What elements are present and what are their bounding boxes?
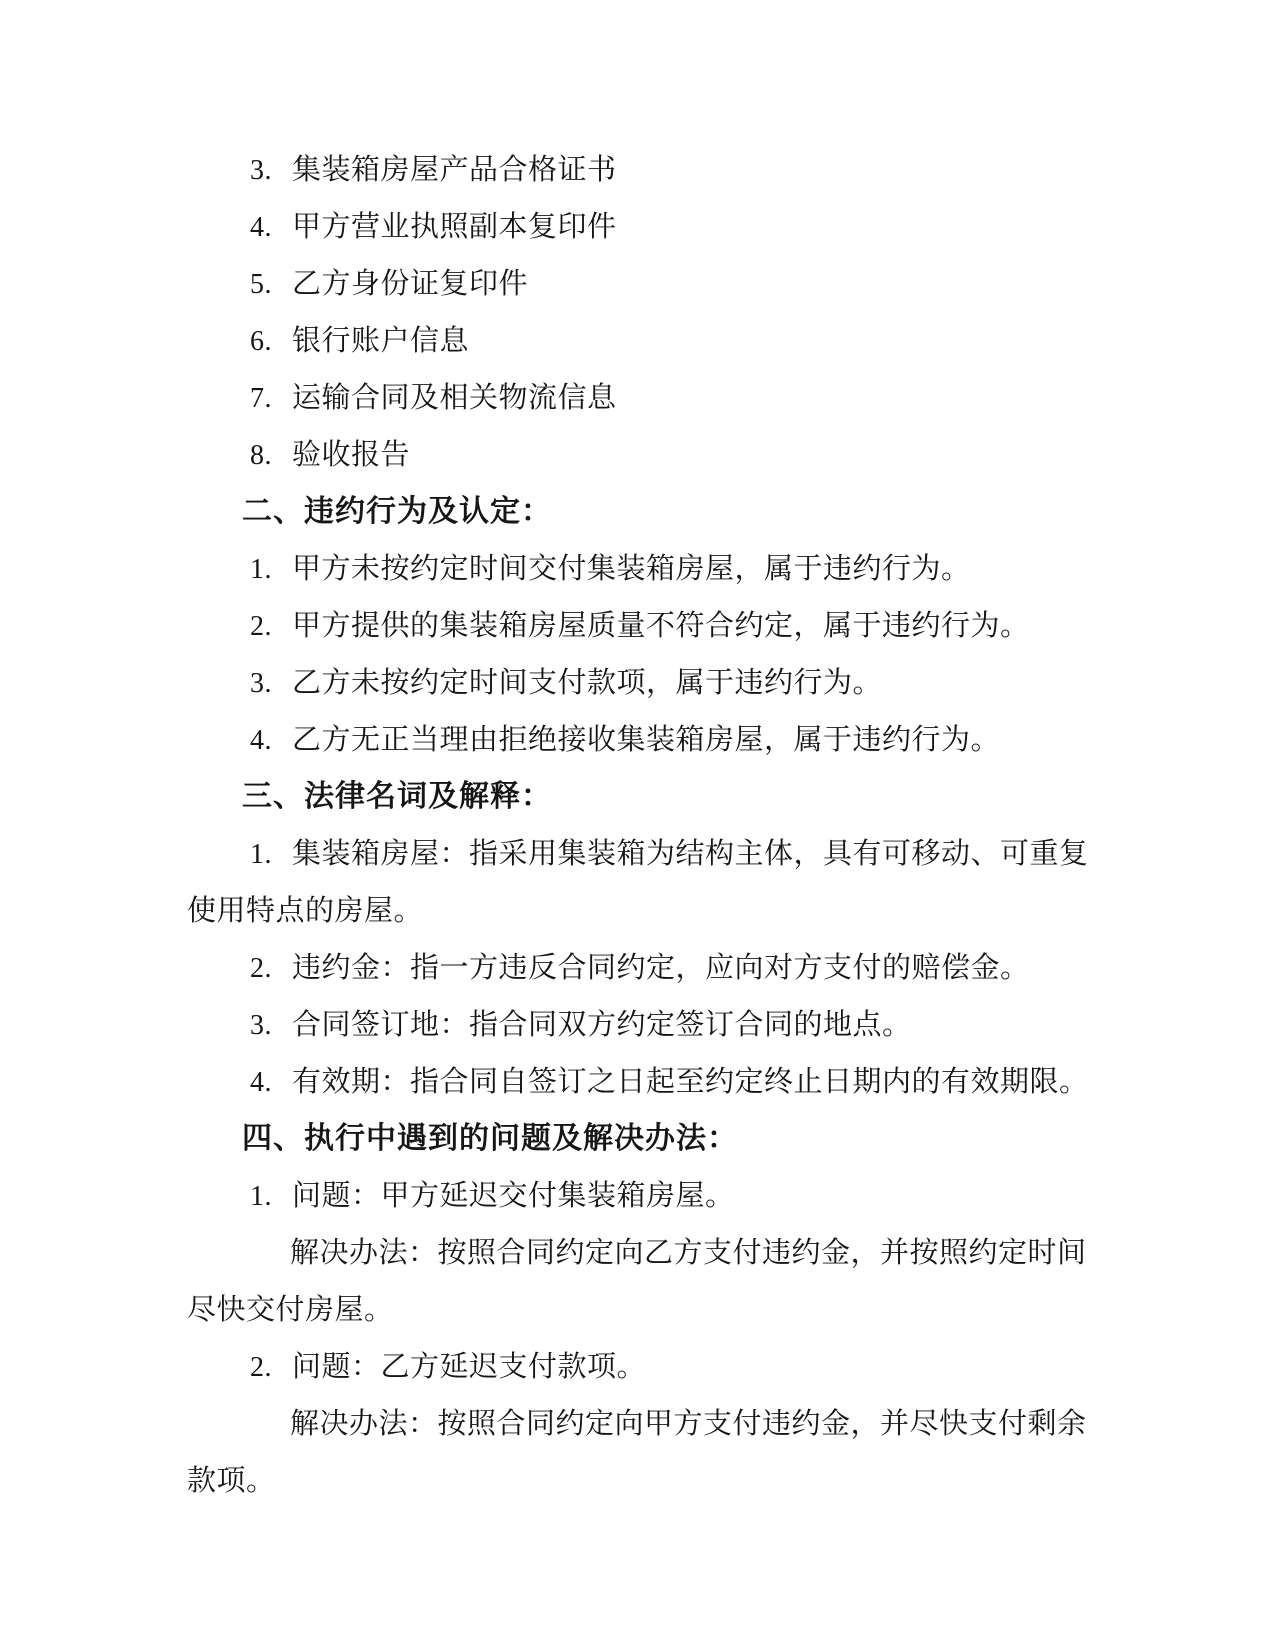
list-item-line: 2.问题：乙方延迟支付款项。 bbox=[187, 1349, 1117, 1406]
continuation-line: 使用特点的房屋。 bbox=[187, 893, 1117, 950]
line-text: 尽快交付房屋。 bbox=[187, 1294, 394, 1326]
list-item-number: 4. bbox=[250, 723, 292, 759]
list-item-line: 2.甲方提供的集装箱房屋质量不符合约定，属于违约行为。 bbox=[187, 608, 1117, 665]
line-text: 二、违约行为及认定： bbox=[242, 495, 552, 528]
list-item-number: 2. bbox=[250, 1350, 292, 1386]
line-text: 乙方未按约定时间支付款项，属于违约行为。 bbox=[292, 667, 882, 699]
list-item-number: 1. bbox=[250, 552, 292, 588]
list-item-number: 2. bbox=[250, 951, 292, 987]
list-item-number: 3. bbox=[250, 1008, 292, 1044]
line-text: 集装箱房屋：指采用集装箱为结构主体，具有可移动、可重复 bbox=[292, 838, 1089, 870]
line-text: 有效期：指合同自签订之日起至约定终止日期内的有效期限。 bbox=[292, 1066, 1089, 1098]
line-text: 使用特点的房屋。 bbox=[187, 895, 423, 927]
list-item-line: 4.甲方营业执照副本复印件 bbox=[187, 209, 1117, 266]
line-text: 款项。 bbox=[187, 1465, 276, 1497]
list-item-number: 1. bbox=[250, 837, 292, 873]
line-text: 解决办法：按照合同约定向乙方支付违约金，并按照约定时间 bbox=[290, 1237, 1087, 1269]
section-heading: 四、执行中遇到的问题及解决办法： bbox=[187, 1121, 1117, 1178]
line-text: 甲方营业执照副本复印件 bbox=[292, 211, 617, 243]
line-text: 四、执行中遇到的问题及解决办法： bbox=[242, 1122, 738, 1155]
section-heading: 三、法律名词及解释： bbox=[187, 779, 1117, 836]
list-item-line: 1.问题：甲方延迟交付集装箱房屋。 bbox=[187, 1178, 1117, 1235]
line-text: 三、法律名词及解释： bbox=[242, 780, 552, 813]
list-item-line: 4.有效期：指合同自签订之日起至约定终止日期内的有效期限。 bbox=[187, 1064, 1117, 1121]
list-item-number: 4. bbox=[250, 210, 292, 246]
list-item-number: 8. bbox=[250, 438, 292, 474]
list-item-line: 1.甲方未按约定时间交付集装箱房屋，属于违约行为。 bbox=[187, 551, 1117, 608]
line-text: 合同签订地：指合同双方约定签订合同的地点。 bbox=[292, 1009, 912, 1041]
line-text: 运输合同及相关物流信息 bbox=[292, 382, 617, 414]
list-item-number: 5. bbox=[250, 267, 292, 303]
list-item-line: 1.集装箱房屋：指采用集装箱为结构主体，具有可移动、可重复 bbox=[187, 836, 1117, 893]
line-text: 甲方提供的集装箱房屋质量不符合约定，属于违约行为。 bbox=[292, 610, 1030, 642]
list-item-line: 6.银行账户信息 bbox=[187, 323, 1117, 380]
list-item-number: 3. bbox=[250, 153, 292, 189]
list-item-number: 4. bbox=[250, 1065, 292, 1101]
solution-paragraph-line: 解决办法：按照合同约定向甲方支付违约金，并尽快支付剩余 bbox=[187, 1406, 1117, 1463]
list-item-line: 5.乙方身份证复印件 bbox=[187, 266, 1117, 323]
section-heading: 二、违约行为及认定： bbox=[187, 494, 1117, 551]
list-item-line: 8.验收报告 bbox=[187, 437, 1117, 494]
line-text: 验收报告 bbox=[292, 439, 410, 471]
list-item-line: 4.乙方无正当理由拒绝接收集装箱房屋，属于违约行为。 bbox=[187, 722, 1117, 779]
list-item-line: 3.合同签订地：指合同双方约定签订合同的地点。 bbox=[187, 1007, 1117, 1064]
list-item-line: 7.运输合同及相关物流信息 bbox=[187, 380, 1117, 437]
list-item-number: 1. bbox=[250, 1179, 292, 1215]
continuation-line: 款项。 bbox=[187, 1463, 1117, 1520]
list-item-line: 3.集装箱房屋产品合格证书 bbox=[187, 152, 1117, 209]
list-item-number: 3. bbox=[250, 666, 292, 702]
list-item-number: 6. bbox=[250, 324, 292, 360]
list-item-line: 3.乙方未按约定时间支付款项，属于违约行为。 bbox=[187, 665, 1117, 722]
line-text: 银行账户信息 bbox=[292, 325, 469, 357]
list-item-line: 2.违约金：指一方违反合同约定，应向对方支付的赔偿金。 bbox=[187, 950, 1117, 1007]
list-item-number: 2. bbox=[250, 609, 292, 645]
solution-paragraph-line: 解决办法：按照合同约定向乙方支付违约金，并按照约定时间 bbox=[187, 1235, 1117, 1292]
line-text: 问题：乙方延迟支付款项。 bbox=[292, 1351, 646, 1383]
list-item-number: 7. bbox=[250, 381, 292, 417]
document-body: 3.集装箱房屋产品合格证书4.甲方营业执照副本复印件5.乙方身份证复印件6.银行… bbox=[187, 152, 1117, 1520]
line-text: 解决办法：按照合同约定向甲方支付违约金，并尽快支付剩余 bbox=[290, 1408, 1087, 1440]
contract-document-page: 3.集装箱房屋产品合格证书4.甲方营业执照副本复印件5.乙方身份证复印件6.银行… bbox=[0, 0, 1275, 1650]
line-text: 甲方未按约定时间交付集装箱房屋，属于违约行为。 bbox=[292, 553, 971, 585]
line-text: 违约金：指一方违反合同约定，应向对方支付的赔偿金。 bbox=[292, 952, 1030, 984]
line-text: 乙方身份证复印件 bbox=[292, 268, 528, 300]
line-text: 问题：甲方延迟交付集装箱房屋。 bbox=[292, 1180, 735, 1212]
line-text: 集装箱房屋产品合格证书 bbox=[292, 154, 617, 186]
line-text: 乙方无正当理由拒绝接收集装箱房屋，属于违约行为。 bbox=[292, 724, 1000, 756]
continuation-line: 尽快交付房屋。 bbox=[187, 1292, 1117, 1349]
